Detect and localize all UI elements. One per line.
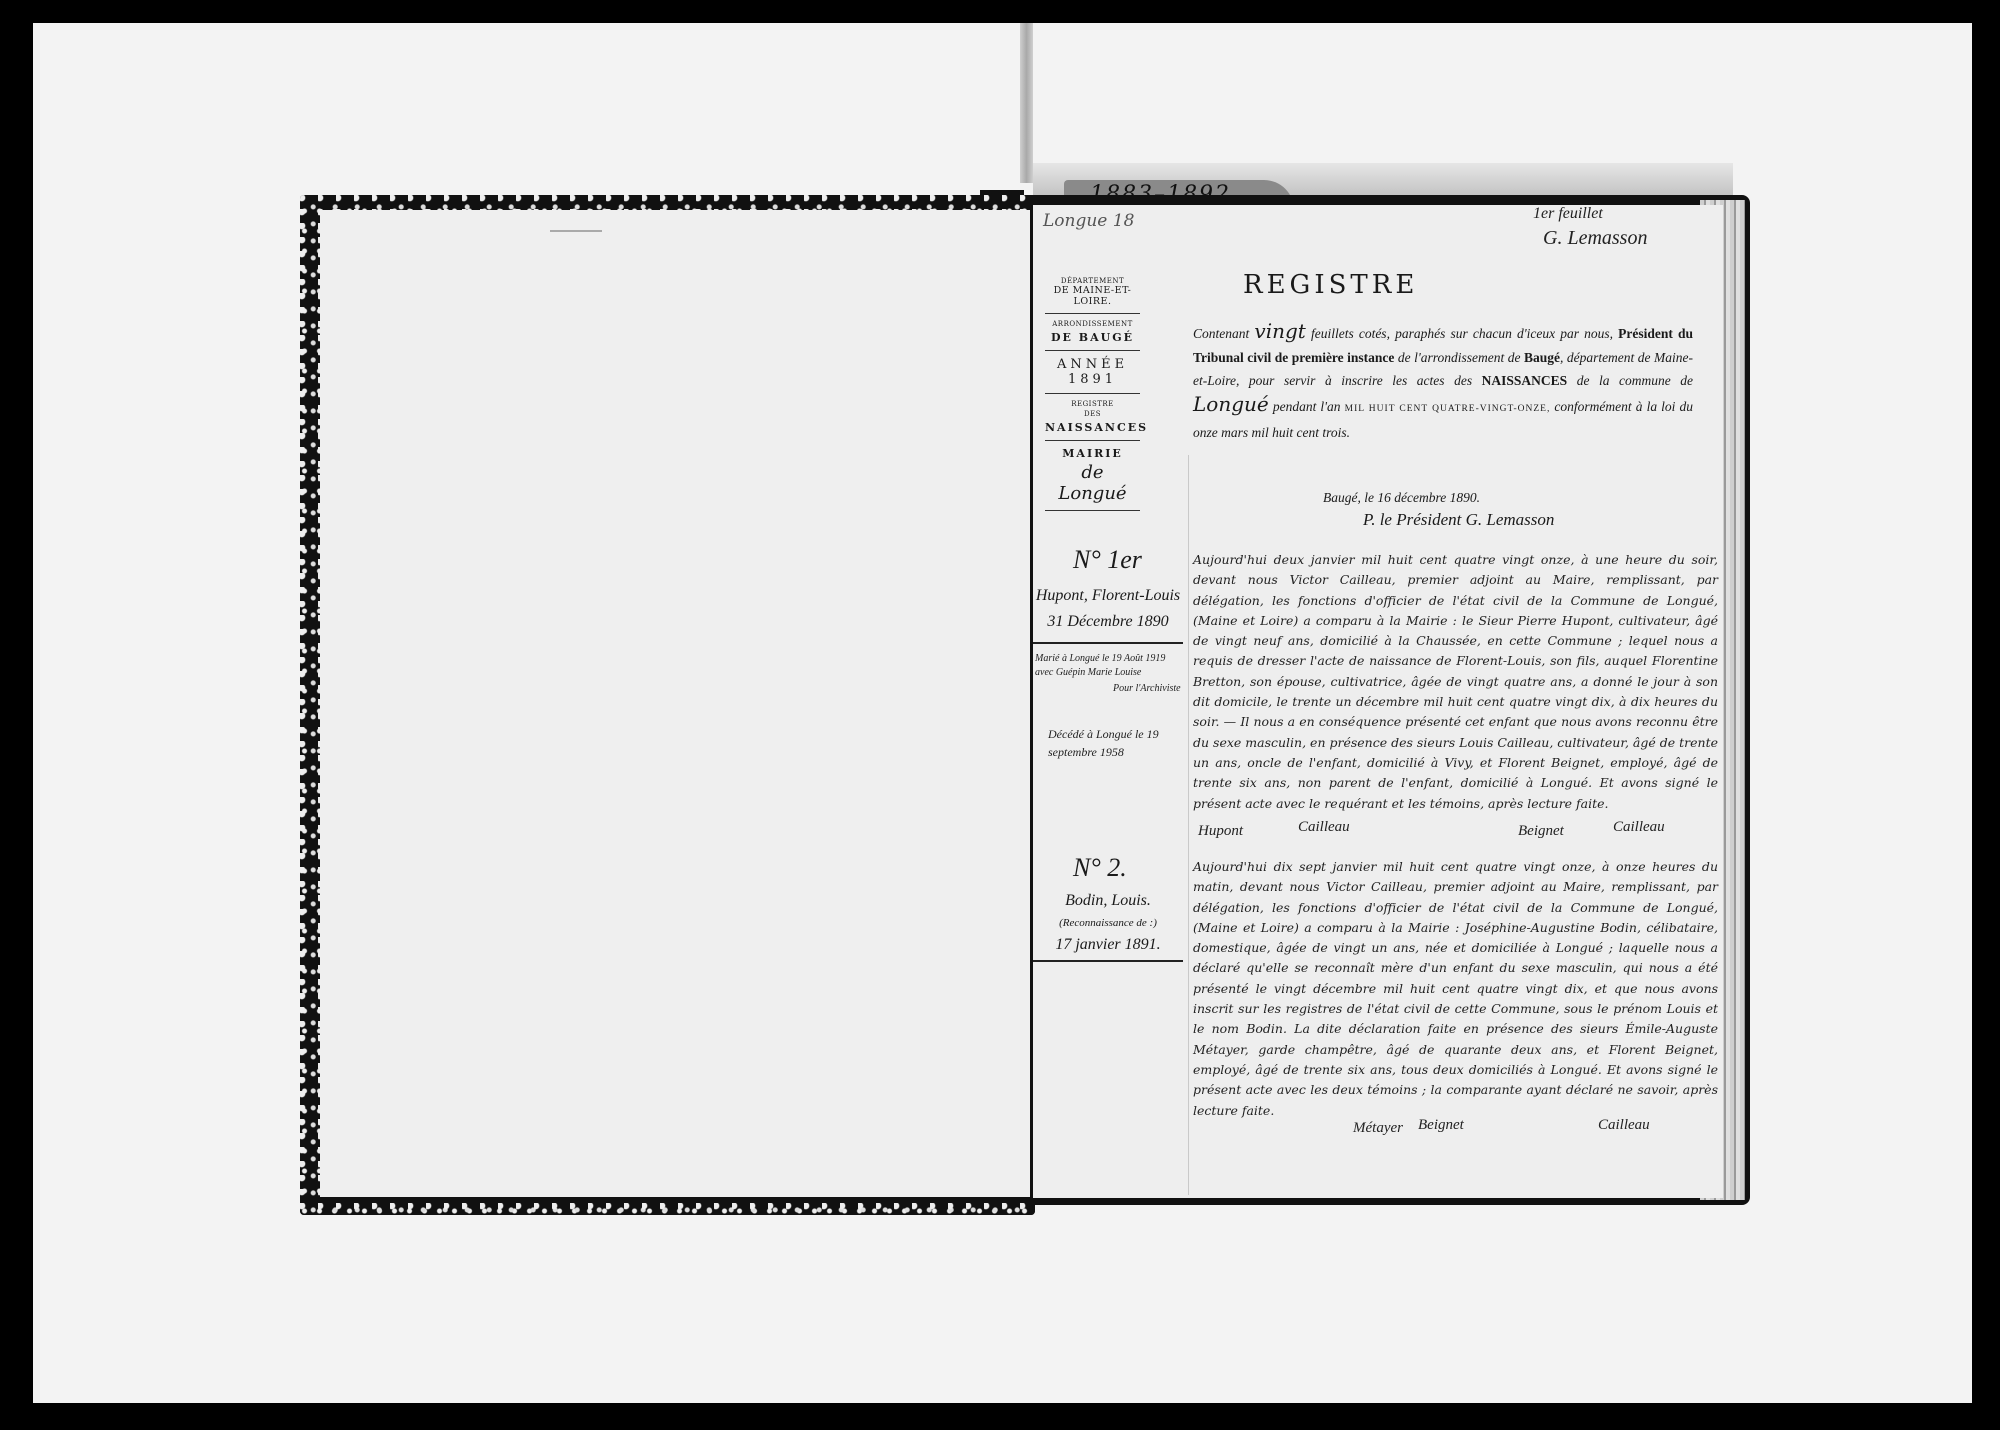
entry-names: Bodin, Louis. (Reconnaissance de :) 17 j…: [1033, 888, 1183, 958]
president-signature: P. le Président G. Lemasson: [1363, 510, 1554, 530]
signature: Cailleau: [1613, 819, 1665, 836]
divider: [1045, 393, 1140, 394]
departement-label: DÉPARTEMENT: [1045, 277, 1140, 285]
feuillet-signature: G. Lemasson: [1543, 227, 1647, 250]
entry-body: Aujourd'hui dix sept janvier mil huit ce…: [1193, 857, 1718, 1121]
left-page-blank: [320, 210, 1030, 1197]
corner-note: Longue 18: [1043, 211, 1134, 231]
date-line: Baugé, le 16 décembre 1890.: [1323, 490, 1480, 506]
bauge-text: Baugé: [1524, 350, 1560, 365]
entry-date: 31 Décembre 1890: [1033, 609, 1183, 635]
intro-text: de la commune de: [1577, 373, 1693, 388]
entry-rule: [1033, 642, 1183, 644]
margin-line: [1188, 455, 1189, 1195]
entry-number: N° 2.: [1073, 853, 1127, 883]
entry-date: 17 janvier 1891.: [1033, 932, 1183, 958]
right-page: Longue 18 1er feuillet G. Lemasson DÉPAR…: [1033, 205, 1723, 1198]
entry-name: Bodin, Louis.: [1033, 888, 1183, 914]
intro-text: de l'arrondissement de: [1398, 350, 1521, 365]
margin-note-archivist: Pour l'Archiviste: [1113, 682, 1188, 696]
commune-hand: Longué: [1193, 392, 1269, 416]
header-sidebox: DÉPARTEMENT DE MAINE-ET-LOIRE. ARRONDISS…: [1045, 275, 1140, 517]
margin-note-marriage: Marié à Longué le 19 Août 1919 avec Guép…: [1035, 652, 1185, 680]
entry-name: Hupont, Florent-Louis: [1033, 583, 1183, 609]
signature: Hupont: [1198, 823, 1243, 840]
year-caps: MIL HUIT CENT QUATRE-VINGT-ONZE,: [1345, 404, 1551, 414]
mairie-hand: de Longué: [1045, 462, 1140, 504]
entry-number: N° 1er: [1073, 545, 1142, 575]
registre-label: REGISTRE: [1045, 400, 1140, 408]
arrondissement-label: ARRONDISSEMENT: [1045, 320, 1140, 328]
annee: ANNÉE 1891: [1045, 357, 1140, 387]
mairie-label: MAIRIE: [1045, 447, 1140, 460]
intro-text: feuillets cotés, paraphés sur chacun d'i…: [1311, 326, 1613, 341]
signature: Beignet: [1518, 823, 1564, 840]
entry-names: Hupont, Florent-Louis 31 Décembre 1890: [1033, 583, 1183, 635]
signature: Métayer: [1353, 1120, 1403, 1137]
intro-text: pendant l'an: [1273, 399, 1341, 414]
margin-note-death: Décédé à Longué le 19 septembre 1958: [1048, 725, 1183, 761]
naissances-label: NAISSANCES: [1045, 421, 1140, 434]
divider: [1045, 440, 1140, 441]
naissances-text: NAISSANCES: [1482, 373, 1568, 388]
des-label: DES: [1045, 410, 1140, 418]
arrondissement: DE BAUGÉ: [1045, 331, 1140, 344]
register-intro: Contenant vingt feuillets cotés, paraphé…: [1193, 320, 1693, 445]
feuillet-label: 1er feuillet: [1533, 205, 1603, 223]
scanner-gutter: [1020, 23, 1033, 183]
signature: Beignet: [1418, 1117, 1464, 1134]
intro-text: Contenant: [1193, 326, 1249, 341]
flourish: [1045, 510, 1140, 511]
entry-note: (Reconnaissance de :): [1033, 914, 1183, 932]
divider: [1045, 313, 1140, 314]
entry-rule: [1033, 960, 1183, 962]
pencil-mark: [550, 230, 602, 232]
signature: Cailleau: [1598, 1117, 1650, 1134]
signature: Cailleau: [1298, 819, 1350, 836]
register-title: REGISTRE: [1243, 270, 1418, 300]
departement: DE MAINE-ET-LOIRE.: [1045, 285, 1140, 307]
count-hand: vingt: [1254, 319, 1305, 343]
divider: [1045, 350, 1140, 351]
entry-body: Aujourd'hui deux janvier mil huit cent q…: [1193, 550, 1718, 814]
